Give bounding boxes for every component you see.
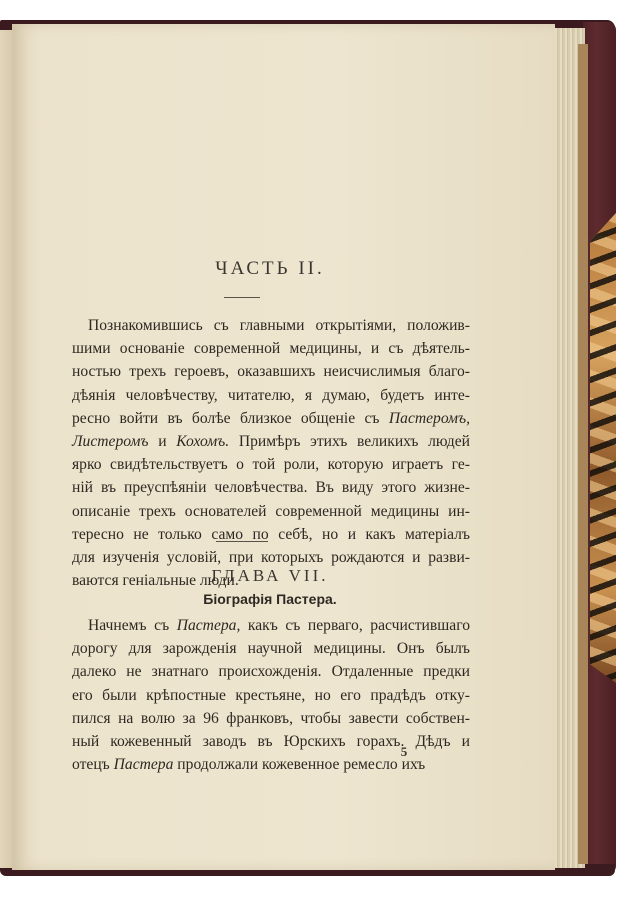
text-segment: дѣянія человѣчеству, читателю, я думаю, … — [72, 387, 470, 404]
text-line: далеко не знатнаго происхожденія. Отдале… — [72, 660, 470, 683]
text-segment: ресно войти въ болѣе близкое общеніе съ — [72, 410, 389, 427]
text-segment: тересно не только само по себѣ, но и как… — [72, 526, 470, 543]
text-segment: для изученія условій, при которыхъ рожда… — [72, 549, 470, 566]
text-line: пился на волю за 96 франковъ, чтобы заве… — [72, 707, 470, 730]
text-line: ресно войти въ болѣе близкое общеніе съ … — [72, 407, 470, 430]
text-segment: и — [149, 433, 177, 450]
text-segment: отецъ — [72, 756, 114, 773]
text-segment: шими основаніе современной медицины, и с… — [72, 340, 470, 357]
text-line: дорогу для зарожденія научной медицины. … — [72, 637, 470, 660]
text-line: Начнемъ съ Пастера, какъ съ перваго, рас… — [72, 614, 470, 637]
text-segment: Начнемъ съ — [88, 617, 177, 634]
text-line: ностью трехъ героевъ, оказавшихъ неисчис… — [72, 360, 470, 383]
text-segment: пился на волю за 96 франковъ, чтобы заве… — [72, 710, 470, 727]
italic-name: Пастера, — [177, 617, 241, 634]
fore-edge-shadow — [578, 44, 588, 864]
chapter-subtitle: Біографія Пастера. — [150, 591, 390, 607]
chapter-title: ГЛАВА VII. — [150, 566, 390, 586]
text-segment: Примѣръ этихъ великихъ людей — [229, 433, 470, 450]
text-segment: какъ съ перваго, расчистившаго — [240, 617, 470, 634]
marbled-board — [590, 213, 616, 683]
italic-name: Кохомъ. — [176, 433, 229, 450]
divider-rule — [216, 541, 268, 542]
text-line: его были крѣпостные крестьяне, но его пр… — [72, 684, 470, 707]
text-line: Листеромъ и Кохомъ. Примѣръ этихъ велики… — [72, 430, 470, 453]
text-segment: далеко не знатнаго происхожденія. Отдале… — [72, 663, 470, 680]
italic-name: Пастера — [114, 756, 174, 773]
text-segment: Познакомившись съ главными открытіями, п… — [88, 317, 470, 334]
intro-paragraph: Познакомившись съ главными открытіями, п… — [72, 314, 470, 592]
text-line: ярко свидѣтельствуетъ о той роли, котору… — [72, 453, 470, 476]
italic-name: Пастеромъ, — [389, 410, 470, 427]
text-segment: ярко свидѣтельствуетъ о той роли, котору… — [72, 456, 470, 473]
text-segment: ностью трехъ героевъ, оказавшихъ неисчис… — [72, 363, 470, 380]
text-line: описаніе трехъ основателей современной м… — [72, 500, 470, 523]
text-segment: описаніе трехъ основателей современной м… — [72, 503, 470, 520]
text-line: тересно не только само по себѣ, но и как… — [72, 523, 470, 546]
text-line: шими основаніе современной медицины, и с… — [72, 337, 470, 360]
italic-name: Листеромъ — [72, 433, 149, 450]
divider-rule — [224, 297, 260, 298]
part-title: ЧАСТЬ II. — [150, 258, 390, 280]
text-segment: продолжали кожевенное ремесло ихъ — [173, 756, 425, 773]
page-number: 5 — [394, 744, 414, 760]
text-segment: ній въ преуспѣяніи человѣчества. Въ виду… — [72, 479, 470, 496]
text-segment: его были крѣпостные крестьяне, но его пр… — [72, 687, 470, 704]
text-line: ній въ преуспѣяніи человѣчества. Въ виду… — [72, 476, 470, 499]
text-line: Познакомившись съ главными открытіями, п… — [72, 314, 470, 337]
text-line: дѣянія человѣчеству, читателю, я думаю, … — [72, 384, 470, 407]
text-segment: дорогу для зарожденія научной медицины. … — [72, 640, 470, 657]
